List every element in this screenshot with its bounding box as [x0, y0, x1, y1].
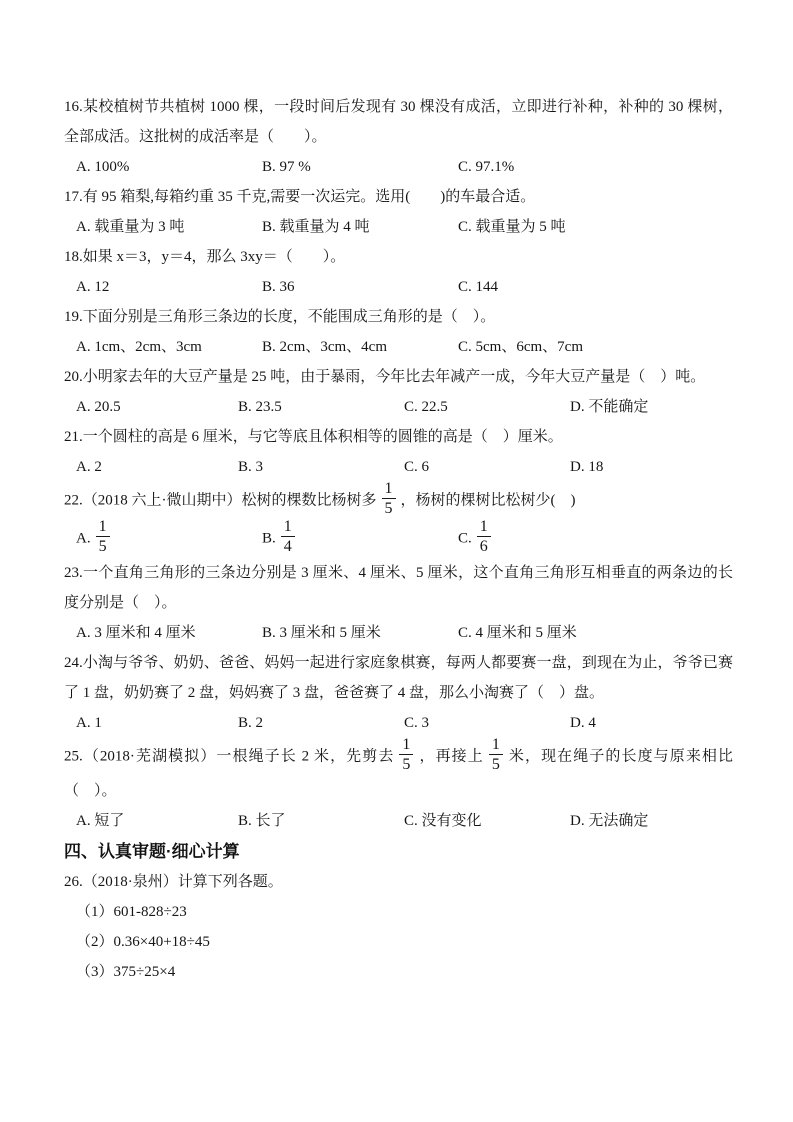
calc-item-3: （3）375÷25×4 [64, 957, 733, 987]
q22-option-b: B.14 [262, 520, 458, 558]
question-22: 22.（2018 六上·微山期中）松树的棵数比杨树多15，杨树的棵树比松树少( … [64, 482, 733, 558]
question-24-options: A. 1 B. 2 C. 3 D. 4 [64, 708, 733, 738]
question-19: 19.下面分别是三角形三条边的长度，不能围成三角形的是（ ）。 A. 1cm、2… [64, 302, 733, 362]
question-22-options: A.15 B.14 C.16 [64, 520, 733, 558]
fraction: 15 [96, 518, 110, 556]
option-label: B. [262, 530, 276, 546]
fraction: 15 [399, 736, 413, 774]
q19-option-b: B. 2cm、3cm、4cm [262, 332, 458, 362]
q23-option-a: A. 3 厘米和 4 厘米 [76, 618, 262, 648]
section-title: 四、认真审题·细心计算 [64, 836, 733, 867]
question-21-stem: 21.一个圆柱的高是 6 厘米，与它等底且体积相等的圆锥的高是（ ）厘米。 [64, 422, 733, 452]
question-17-options: A. 载重量为 3 吨 B. 载重量为 4 吨 C. 载重量为 5 吨 [64, 212, 733, 242]
question-18: 18.如果 x＝3，y＝4，那么 3xy＝（ ）。 A. 12 B. 36 C.… [64, 242, 733, 302]
q25-stem-pre: 25.（2018·芜湖模拟）一根绳子长 2 米，先剪去 [64, 748, 394, 764]
q18-option-b: B. 36 [262, 272, 458, 302]
q21-option-d: D. 18 [570, 452, 733, 482]
fraction-numerator: 1 [489, 736, 503, 755]
question-20: 20.小明家去年的大豆产量是 25 吨，由于暴雨，今年比去年减产一成，今年大豆产… [64, 362, 733, 422]
q25-option-a: A. 短了 [76, 806, 238, 836]
question-21: 21.一个圆柱的高是 6 厘米，与它等底且体积相等的圆锥的高是（ ）厘米。 A.… [64, 422, 733, 482]
question-25: 25.（2018·芜湖模拟）一根绳子长 2 米，先剪去15，再接上15米，现在绳… [64, 738, 733, 836]
question-20-stem: 20.小明家去年的大豆产量是 25 吨，由于暴雨，今年比去年减产一成，今年大豆产… [64, 362, 733, 392]
question-24: 24.小淘与爷爷、奶奶、爸爸、妈妈一起进行家庭象棋赛，每两人都要赛一盘，到现在为… [64, 648, 733, 738]
question-17-stem: 17.有 95 箱梨,每箱约重 35 千克,需要一次运完。选用( )的车最合适。 [64, 182, 733, 212]
question-23: 23.一个直角三角形的三条边分别是 3 厘米、4 厘米、5 厘米，这个直角三角形… [64, 558, 733, 648]
question-22-stem: 22.（2018 六上·微山期中）松树的棵数比杨树多15，杨树的棵树比松树少( … [64, 482, 733, 520]
q17-option-b: B. 载重量为 4 吨 [262, 212, 458, 242]
question-23-stem: 23.一个直角三角形的三条边分别是 3 厘米、4 厘米、5 厘米，这个直角三角形… [64, 558, 733, 618]
q21-option-a: A. 2 [76, 452, 238, 482]
option-label: A. [76, 530, 91, 546]
q22-option-a: A.15 [76, 520, 262, 558]
question-26: 26.（2018·泉州）计算下列各题。 （1）601-828÷23 （2）0.3… [64, 867, 733, 987]
q16-option-b: B. 97 % [262, 152, 458, 182]
q23-option-b: B. 3 厘米和 5 厘米 [262, 618, 458, 648]
question-17: 17.有 95 箱梨,每箱约重 35 千克,需要一次运完。选用( )的车最合适。… [64, 182, 733, 242]
fraction-denominator: 5 [382, 499, 396, 518]
question-19-stem: 19.下面分别是三角形三条边的长度，不能围成三角形的是（ ）。 [64, 302, 733, 332]
question-16-stem: 16.某校植树节共植树 1000 棵，一段时间后发现有 30 棵没有成活，立即进… [64, 92, 733, 152]
fraction-numerator: 1 [281, 518, 295, 537]
q16-option-a: A. 100% [76, 152, 262, 182]
question-16: 16.某校植树节共植树 1000 棵，一段时间后发现有 30 棵没有成活，立即进… [64, 92, 733, 182]
question-18-options: A. 12 B. 36 C. 144 [64, 272, 733, 302]
q25-option-c: C. 没有变化 [404, 806, 570, 836]
q19-option-a: A. 1cm、2cm、3cm [76, 332, 262, 362]
fraction-numerator: 1 [96, 518, 110, 537]
fraction-denominator: 5 [489, 755, 503, 774]
q24-option-b: B. 2 [238, 708, 404, 738]
q20-option-d: D. 不能确定 [570, 392, 733, 422]
worksheet-page: 16.某校植树节共植树 1000 棵，一段时间后发现有 30 棵没有成活，立即进… [0, 0, 793, 1122]
question-25-options: A. 短了 B. 长了 C. 没有变化 D. 无法确定 [64, 806, 733, 836]
q25-option-d: D. 无法确定 [570, 806, 733, 836]
fraction-denominator: 5 [96, 537, 110, 556]
q22-stem-post: ，杨树的棵树比松树少( ) [401, 492, 576, 508]
calc-item-1: （1）601-828÷23 [64, 897, 733, 927]
fraction: 14 [281, 518, 295, 556]
option-label: C. [458, 530, 472, 546]
q21-option-c: C. 6 [404, 452, 570, 482]
calc-item-2: （2）0.36×40+18÷45 [64, 927, 733, 957]
q25-stem-mid: ，再接上 [418, 748, 483, 764]
q16-option-c: C. 97.1% [458, 152, 733, 182]
q19-option-c: C. 5cm、6cm、7cm [458, 332, 733, 362]
fraction: 15 [489, 736, 503, 774]
q24-option-a: A. 1 [76, 708, 238, 738]
question-23-options: A. 3 厘米和 4 厘米 B. 3 厘米和 5 厘米 C. 4 厘米和 5 厘… [64, 618, 733, 648]
q20-option-b: B. 23.5 [238, 392, 404, 422]
question-24-stem: 24.小淘与爷爷、奶奶、爸爸、妈妈一起进行家庭象棋赛，每两人都要赛一盘，到现在为… [64, 648, 733, 708]
fraction: 16 [477, 518, 491, 556]
fraction-numerator: 1 [477, 518, 491, 537]
question-20-options: A. 20.5 B. 23.5 C. 22.5 D. 不能确定 [64, 392, 733, 422]
fraction: 15 [382, 480, 396, 518]
q21-option-b: B. 3 [238, 452, 404, 482]
q17-option-a: A. 载重量为 3 吨 [76, 212, 262, 242]
fraction-numerator: 1 [382, 480, 396, 499]
question-26-stem: 26.（2018·泉州）计算下列各题。 [64, 867, 733, 897]
q25-option-b: B. 长了 [238, 806, 404, 836]
fraction-denominator: 4 [281, 537, 295, 556]
q24-option-c: C. 3 [404, 708, 570, 738]
q20-option-a: A. 20.5 [76, 392, 238, 422]
question-25-stem: 25.（2018·芜湖模拟）一根绳子长 2 米，先剪去15，再接上15米，现在绳… [64, 738, 733, 806]
q17-option-c: C. 载重量为 5 吨 [458, 212, 733, 242]
fraction-denominator: 6 [477, 537, 491, 556]
q22-stem-pre: 22.（2018 六上·微山期中）松树的棵数比杨树多 [64, 492, 377, 508]
q18-option-a: A. 12 [76, 272, 262, 302]
q22-option-c: C.16 [458, 520, 733, 558]
fraction-numerator: 1 [399, 736, 413, 755]
q20-option-c: C. 22.5 [404, 392, 570, 422]
q24-option-d: D. 4 [570, 708, 733, 738]
question-18-stem: 18.如果 x＝3，y＝4，那么 3xy＝（ ）。 [64, 242, 733, 272]
question-19-options: A. 1cm、2cm、3cm B. 2cm、3cm、4cm C. 5cm、6cm… [64, 332, 733, 362]
question-21-options: A. 2 B. 3 C. 6 D. 18 [64, 452, 733, 482]
fraction-denominator: 5 [399, 755, 413, 774]
question-16-options: A. 100% B. 97 % C. 97.1% [64, 152, 733, 182]
q23-option-c: C. 4 厘米和 5 厘米 [458, 618, 733, 648]
q18-option-c: C. 144 [458, 272, 733, 302]
